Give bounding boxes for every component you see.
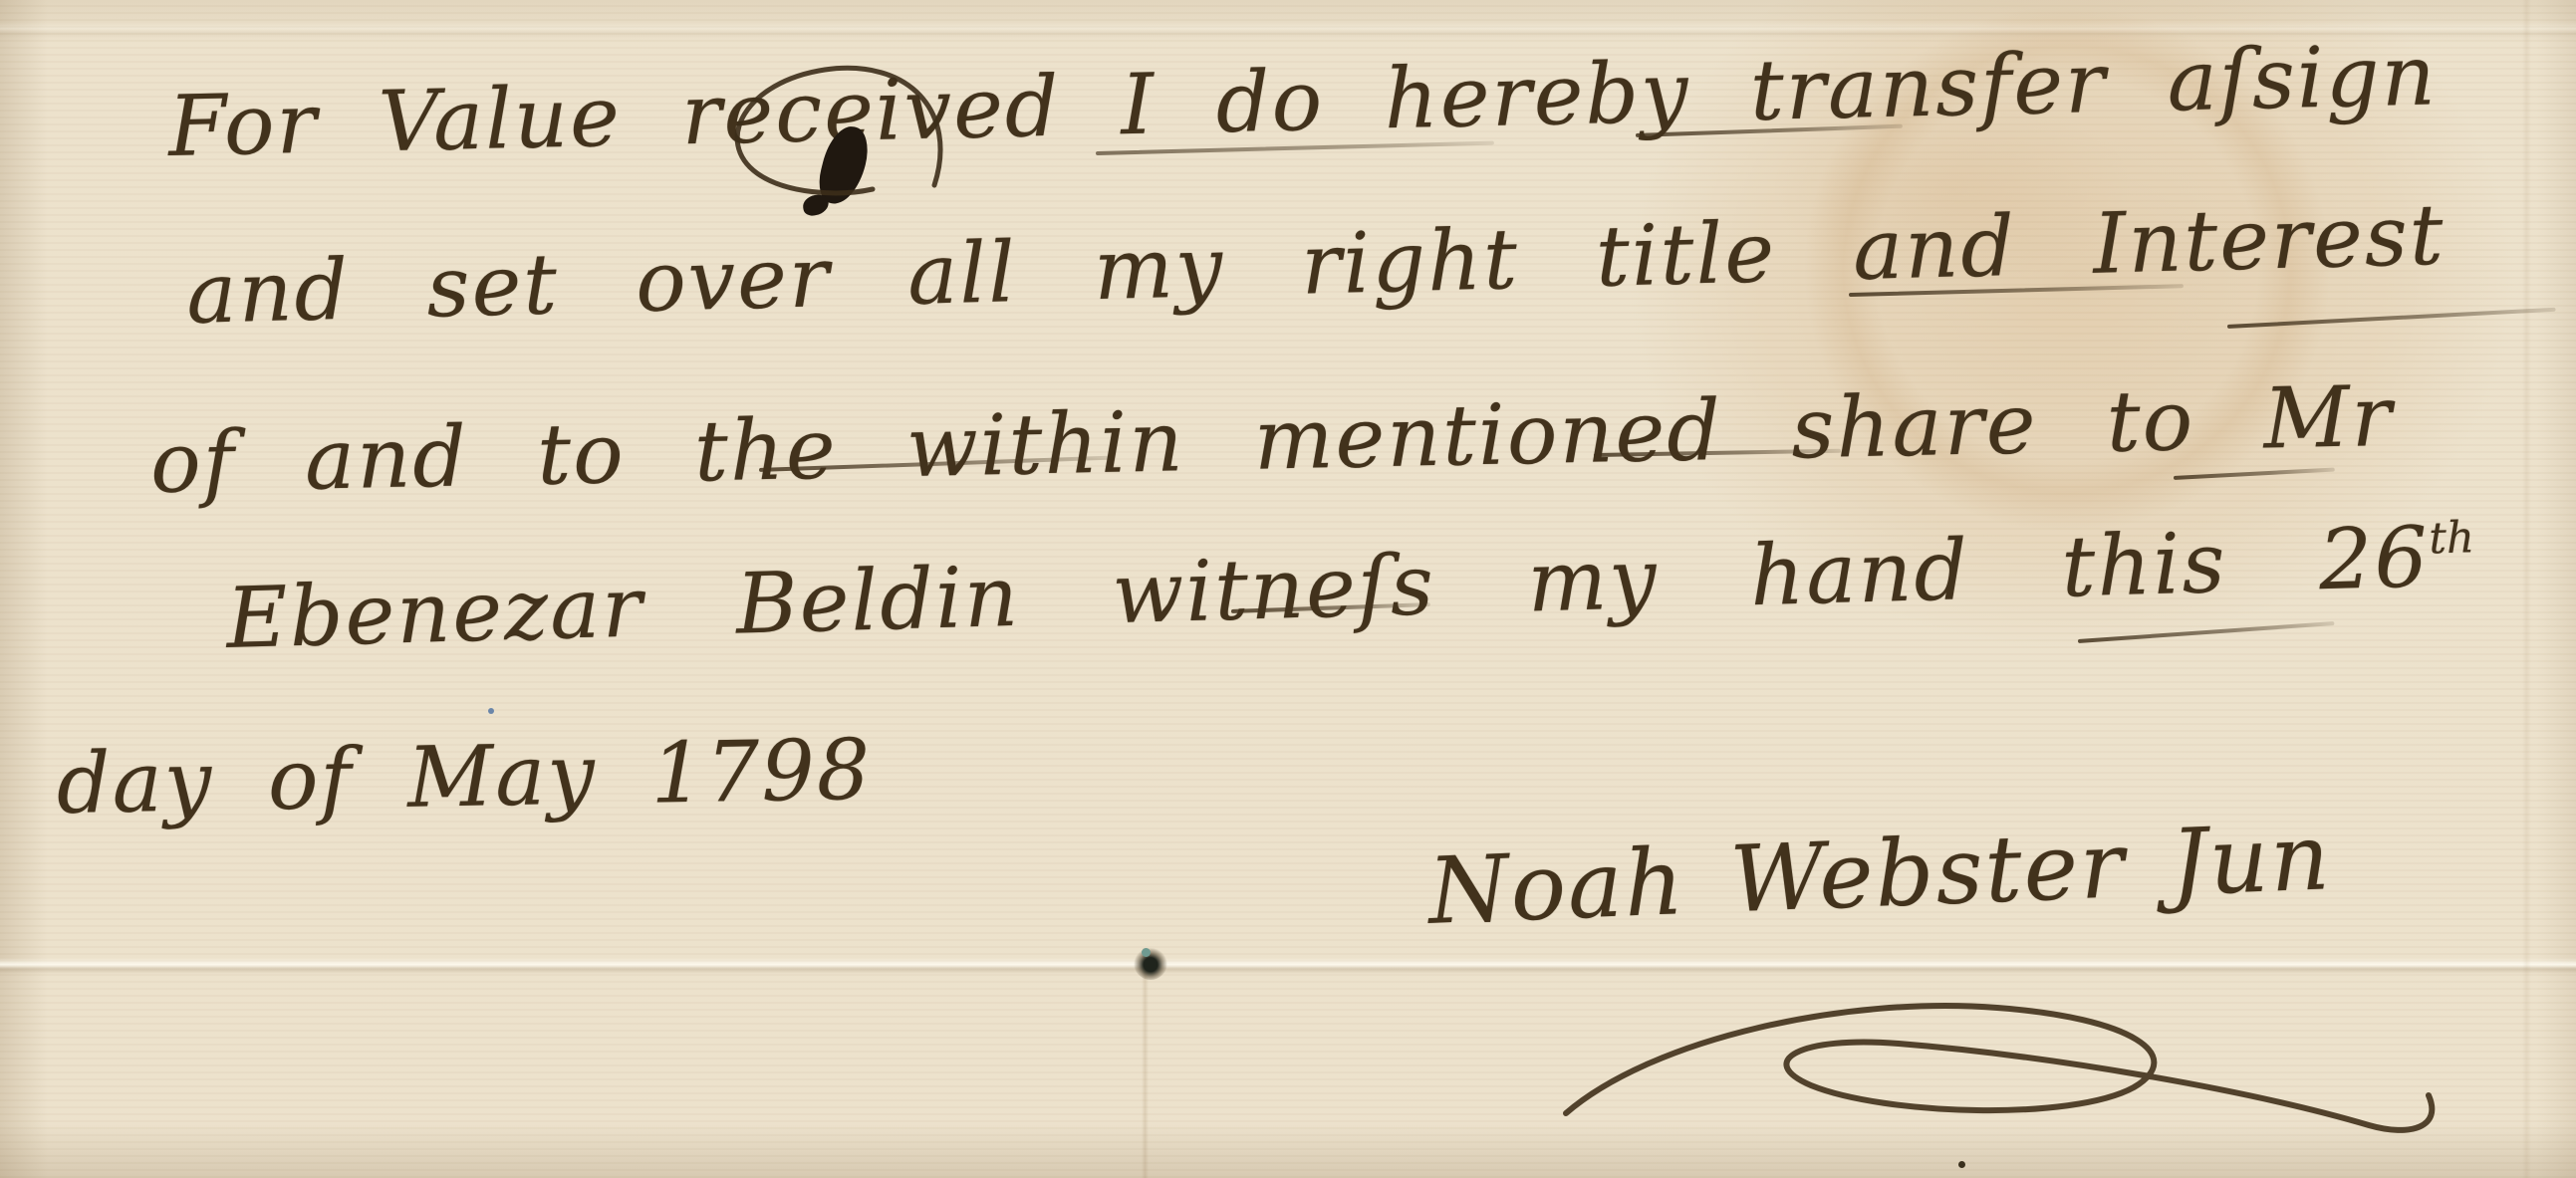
manuscript-paper: For Value received I do hereby transfer … bbox=[0, 0, 2576, 1178]
blue-speck bbox=[488, 708, 494, 714]
signature-flourish bbox=[0, 0, 2576, 1178]
pinhole-glint bbox=[1142, 948, 1151, 957]
dark-speck bbox=[1958, 1161, 1965, 1168]
pinhole bbox=[1134, 946, 1167, 980]
